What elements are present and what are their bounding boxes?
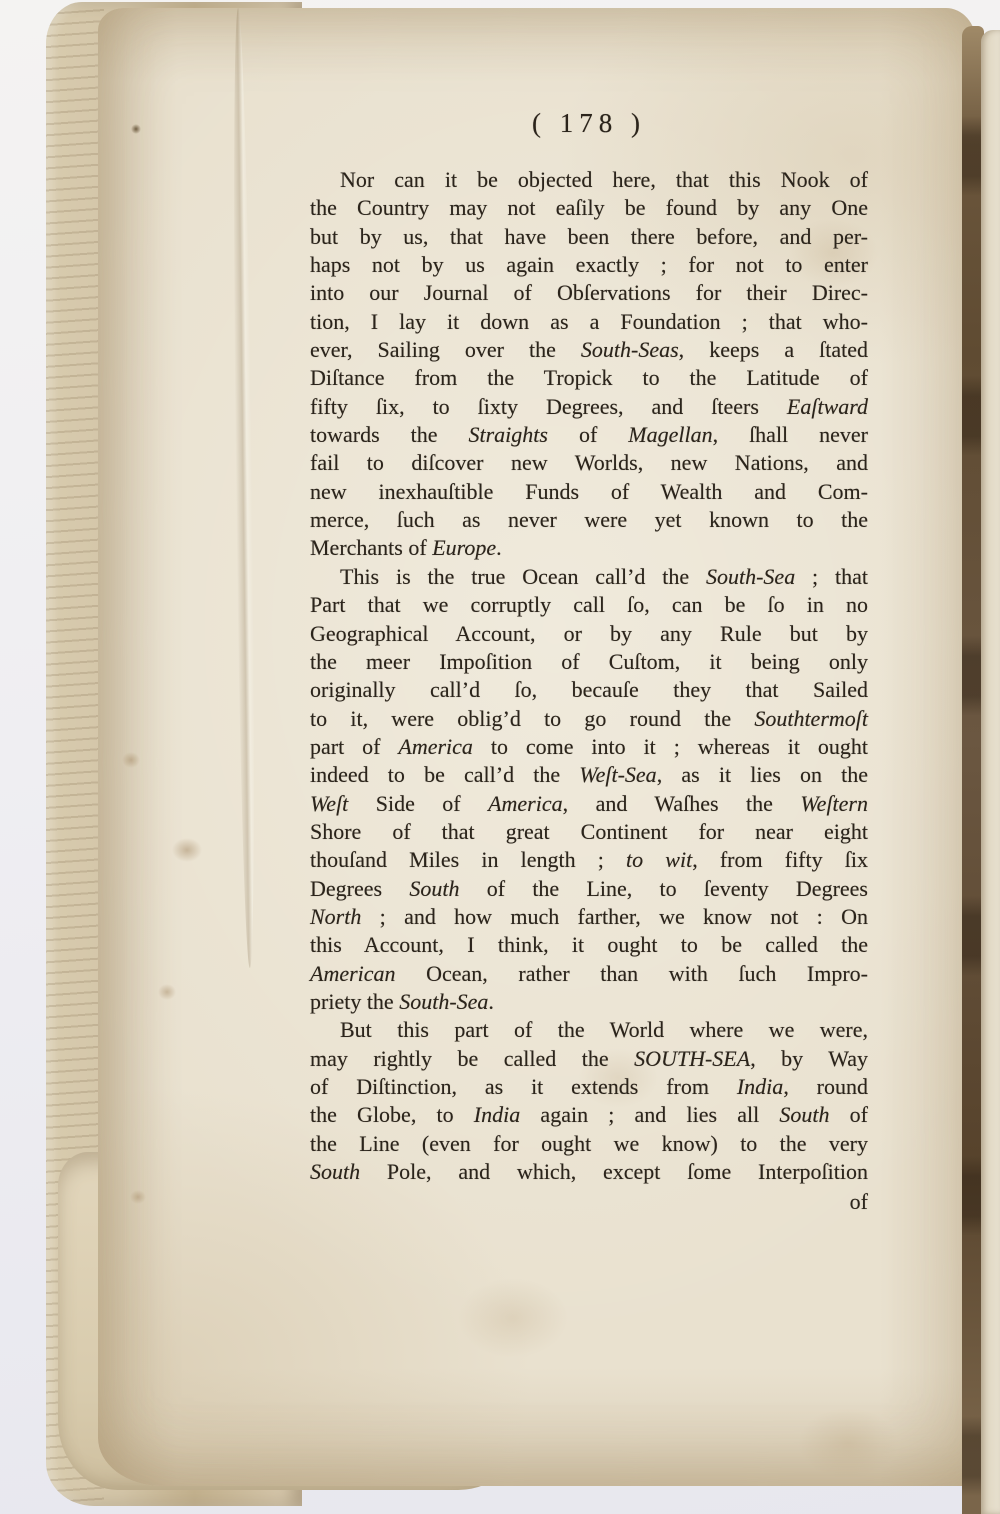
italic-text: South-Sea <box>706 564 795 589</box>
text-line: to it, were oblig’d to go round the Sout… <box>310 705 868 733</box>
fox-spot <box>122 752 140 768</box>
italic-text: South-Sea <box>399 989 488 1014</box>
text-line: may rightly be called the SOUTH-SEA, by … <box>310 1045 868 1073</box>
text-line: merce, ſuch as never were yet known to t… <box>310 506 868 534</box>
text-line: Geographical Account, or by any Rule but… <box>310 620 868 648</box>
italic-text: Eaſtward <box>787 394 868 419</box>
facing-page-edge <box>981 30 1000 1514</box>
text-line: the Globe, to India again ; and lies all… <box>310 1101 868 1129</box>
italic-text: South-Seas <box>581 337 679 362</box>
paper-stain <box>458 1278 568 1358</box>
text-line: thouſand Miles in length ; to wit, from … <box>310 846 868 874</box>
italic-text: Weſt-Sea <box>579 762 656 787</box>
catchword-row: of <box>310 1188 868 1216</box>
text-line: fail to diſcover new Worlds, new Nations… <box>310 449 868 477</box>
text-line: Merchants of Europe. <box>310 534 868 562</box>
text-line: This is the true Ocean call’d the South-… <box>310 563 868 591</box>
text-line: originally call’d ſo, becauſe they that … <box>310 676 868 704</box>
fox-spot <box>130 1190 146 1204</box>
text-line: new inexhauſtible Funds of Wealth and Co… <box>310 478 868 506</box>
text-line: indeed to be call’d the Weſt-Sea, as it … <box>310 761 868 789</box>
italic-text: America <box>398 734 473 759</box>
text-line: towards the Straights of Magellan, ſhall… <box>310 421 868 449</box>
paragraph: This is the true Ocean call’d the South-… <box>310 563 868 1017</box>
text-line: fifty ſix, to ſixty Degrees, and ſteers … <box>310 393 868 421</box>
text-line: the Line (even for ought we know) to the… <box>310 1130 868 1158</box>
text-line: Diſtance from the Tropick to the Latitud… <box>310 364 868 392</box>
text-line: ever, Sailing over the South-Seas, keeps… <box>310 336 868 364</box>
page-crease <box>230 8 258 968</box>
text-line: But this part of the World where we were… <box>310 1016 868 1044</box>
italic-text: American <box>310 961 396 986</box>
italic-text: India <box>474 1102 520 1127</box>
italic-text: America <box>488 791 563 816</box>
italic-text: Magellan <box>628 422 712 447</box>
paragraph: But this part of the World where we were… <box>310 1016 868 1186</box>
italic-text: Weſt <box>310 791 348 816</box>
italic-text: Weſtern <box>800 791 868 816</box>
text-line: Part that we corruptly call ſo, can be ſ… <box>310 591 868 619</box>
text-line: American Ocean, rather than with ſuch Im… <box>310 960 868 988</box>
fox-spot <box>158 984 176 1000</box>
italic-text: Southtermoſt <box>754 706 868 731</box>
text-line: Weſt Side of America, and Waſhes the Weſ… <box>310 790 868 818</box>
photo-background: ( 178 ) Nor can it be objected here, tha… <box>0 0 1000 1514</box>
paper-stain <box>798 1408 898 1478</box>
text-line: of Diſtinction, as it extends from India… <box>310 1073 868 1101</box>
text-line: part of America to come into it ; wherea… <box>310 733 868 761</box>
text-line: Degrees South of the Line, to ſeventy De… <box>310 875 868 903</box>
italic-text: Europe <box>432 535 496 560</box>
text-line: priety the South-Sea. <box>310 988 868 1016</box>
text-line: this Account, I think, it ought to be ca… <box>310 931 868 959</box>
fox-spot <box>172 838 202 862</box>
text-block: Nor can it be objected here, that this N… <box>310 166 868 1186</box>
paragraph: Nor can it be objected here, that this N… <box>310 166 868 563</box>
page-number: ( 178 ) <box>310 108 868 139</box>
text-line: Nor can it be objected here, that this N… <box>310 166 868 194</box>
italic-text: South <box>779 1102 829 1127</box>
text-line: Shore of that great Continent for near e… <box>310 818 868 846</box>
italic-text: SOUTH-SEA <box>634 1046 750 1071</box>
book-page: ( 178 ) Nor can it be objected here, tha… <box>98 8 976 1486</box>
italic-text: India <box>737 1074 783 1099</box>
text-line: South Pole, and which, except ſome Inter… <box>310 1158 868 1186</box>
italic-text: Straights <box>469 422 548 447</box>
italic-text: South <box>409 876 459 901</box>
text-line: the meer Impoſition of Cuſtom, it being … <box>310 648 868 676</box>
text-line: North ; and how much farther, we know no… <box>310 903 868 931</box>
catchword: of <box>850 1189 868 1214</box>
italic-text: North <box>310 904 361 929</box>
text-line: but by us, that have been there before, … <box>310 223 868 251</box>
text-line: haps not by us again exactly ; for not t… <box>310 251 868 279</box>
ink-spot <box>131 124 141 134</box>
text-line: tion, I lay it down as a Foundation ; th… <box>310 308 868 336</box>
text-line: into our Journal of Obſervations for the… <box>310 279 868 307</box>
italic-text: to wit <box>626 847 692 872</box>
text-line: the Country may not eaſily be found by a… <box>310 194 868 222</box>
italic-text: South <box>310 1159 360 1184</box>
